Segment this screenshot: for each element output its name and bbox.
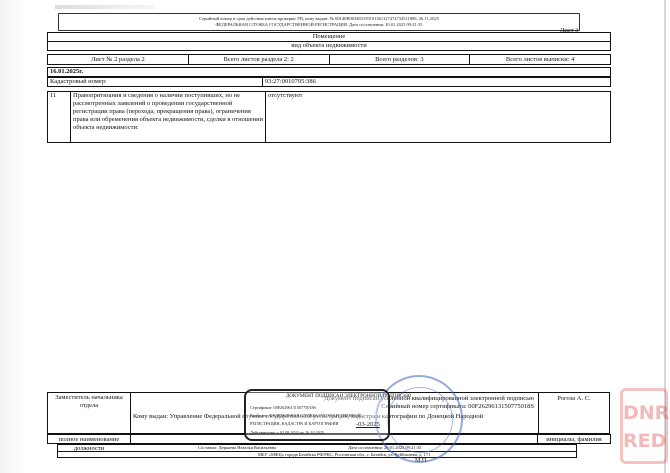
stamp-owner: Владелец: ФЕДЕРАЛЬНАЯ СЛУЖБА ГОСУДАРСТВЕ…	[250, 413, 361, 418]
row-number: 11	[48, 92, 71, 142]
total-sections: Всего разделов: 3	[330, 55, 471, 64]
stamp-validity: Действителен: с 02.08.2024 по 26.10.2025	[250, 430, 324, 435]
document-date: 16.01.2025г.	[47, 67, 611, 77]
signer-name: Рогоза А. С.	[538, 392, 610, 434]
stamp-certificate: Сертификат: 00F2629613150775018S	[250, 405, 316, 410]
signer-position: Заместитель начальника отдела	[48, 393, 131, 433]
cadastral-number: 93:27:0010705:386	[263, 78, 610, 86]
e-signature-line-2: ФЕДЕРАЛЬНАЯ СЛУЖБА ГОСУДАРСТВЕННОЙ РЕГИС…	[59, 22, 579, 27]
cadastral-row: Кадастровый номер: 93:27:0010705:386	[47, 77, 611, 87]
cadastral-label: Кадастровый номер:	[48, 78, 263, 86]
stamp-date: -03-2025	[356, 421, 380, 428]
footer-organization-row: МБУ «МФЦ» города Батайска РФ/РКС, Ростов…	[57, 451, 577, 458]
position-caption: полное наименование должности	[48, 435, 131, 443]
total-sheets-extract: Всего листов выписки: 4	[470, 55, 610, 64]
e-signature-line-1: Серийный номер и срок действия ключа про…	[59, 16, 579, 21]
compiled-by: Составил: Деркаева Наталья Васильевна	[198, 445, 276, 450]
object-type-label: вид объекта недвижимости	[47, 41, 611, 51]
total-sheets-section: Всего листов раздела 2: 2	[189, 55, 330, 64]
claims-row: 11 Правопритязания и сведения о наличии …	[47, 91, 611, 143]
watermark-line-1: DNR	[623, 403, 665, 423]
sheet-of-section: Лист № 2 раздела 2	[48, 55, 189, 64]
page-left-shadow	[0, 0, 28, 473]
stamp-title: ДОКУМЕНТ ПОДПИСАН ЭЛЕКТРОННОЙ ПОДПИСЬЮ	[286, 394, 411, 399]
name-caption: инициалы, фамилия	[538, 435, 610, 443]
sheet-info-row: Лист № 2 раздела 2 Всего листов раздела …	[47, 54, 611, 65]
dnr-red-watermark-logo: DNR RED	[620, 388, 668, 464]
scan-smudge	[55, 5, 155, 9]
claims-value: отсутствуют	[266, 92, 610, 142]
stamp-owner-2: РЕГИСТРАЦИИ, КАДАСТРА И КАРТОГРАФИИ	[250, 421, 339, 426]
electronic-signature-stamp: ДОКУМЕНТ ПОДПИСАН ЭЛЕКТРОННОЙ ПОДПИСЬЮ С…	[244, 389, 390, 441]
claims-description: Правопритязания и сведения о наличии пос…	[71, 92, 266, 142]
e-signature-notice: Серийный номер и срок действия ключа про…	[58, 13, 580, 31]
watermark-line-2: RED	[623, 431, 665, 451]
